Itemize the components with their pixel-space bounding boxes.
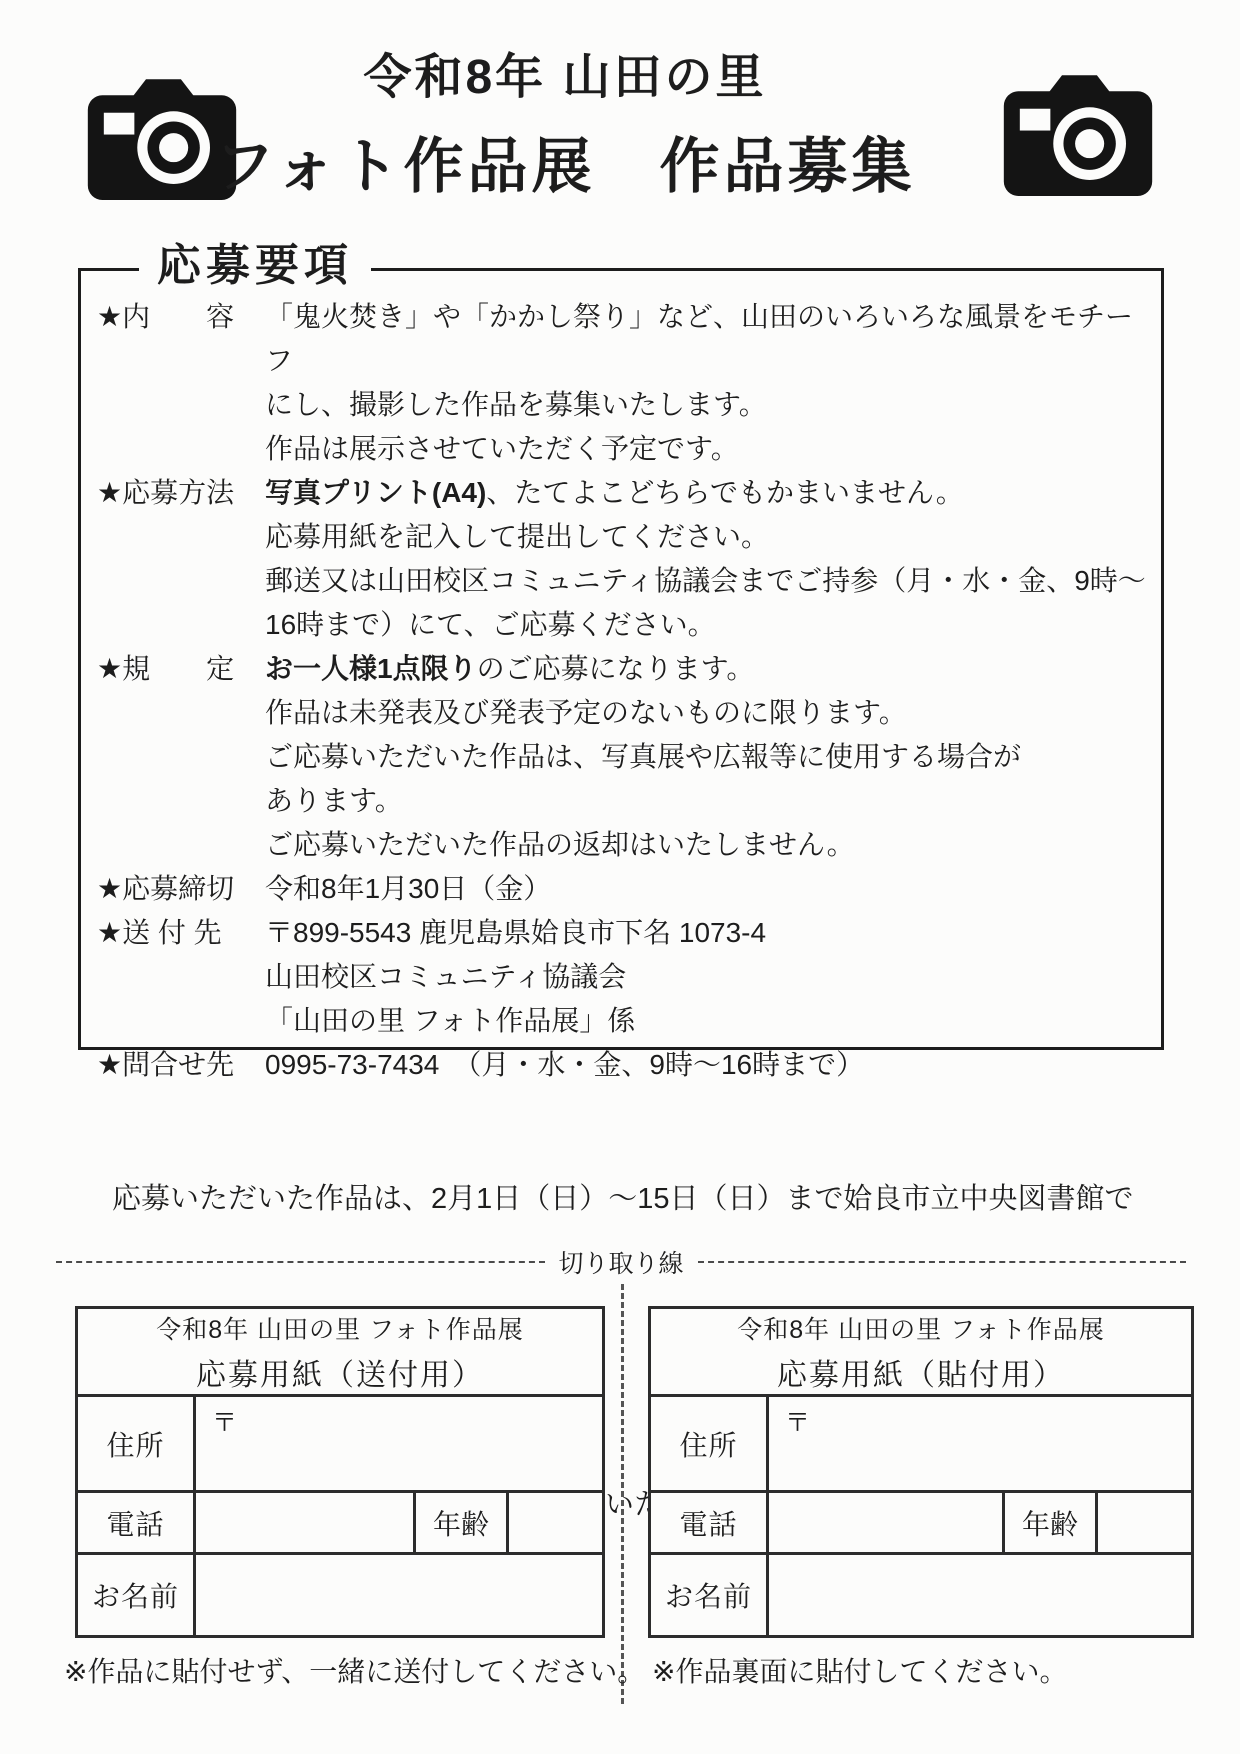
guideline-item-deadline: ★応募締切 令和8年1月30日（金） (97, 867, 1149, 911)
address-label: 住所 (651, 1397, 769, 1490)
guideline-line: ご応募いただいた作品の返却はいたしません。 (265, 823, 1149, 867)
guideline-line: 作品は展示させていただく予定です。 (265, 427, 1149, 471)
form-row-phone: 電話 年齢 (651, 1493, 1191, 1555)
guidelines-items: ★内 容 「鬼火焚き」や「かかし祭り」など、山田のいろいろな風景をモチーフ にし… (81, 271, 1161, 1087)
form-title: 令和8年 山田の里 フォト作品展 応募用紙（送付用） (78, 1309, 602, 1397)
guideline-line: 令和8年1月30日（金） (265, 867, 1149, 911)
phone-label: 電話 (651, 1493, 769, 1552)
address-field: 〒 (769, 1397, 1191, 1490)
guideline-item-method: ★応募方法 写真プリント(A4)、たてよこどちらでもかまいません。 応募用紙を記… (97, 471, 1149, 647)
form-title-line2: 応募用紙（送付用） (196, 1350, 484, 1394)
guideline-label: ★応募方法 (97, 471, 265, 515)
cut-line: 切り取り線 (56, 1244, 1186, 1280)
address-field: 〒 (196, 1397, 602, 1490)
name-label: お名前 (78, 1555, 196, 1635)
name-field (769, 1555, 1191, 1635)
guidelines-box: 応募要項 ★内 容 「鬼火焚き」や「かかし祭り」など、山田のいろいろな風景をモチ… (78, 268, 1164, 1050)
guideline-line: お一人様1点限りのご応募になります。 (265, 647, 1149, 691)
page-title: 令和8年 山田の里 フォト作品展 作品募集 (60, 38, 1070, 205)
guideline-item-rules: ★規 定 お一人様1点限りのご応募になります。 作品は未発表及び発表予定のないも… (97, 647, 1149, 867)
guideline-label: ★規 定 (97, 647, 265, 691)
guideline-line: あります。 (265, 779, 1149, 823)
scanned-flyer-page: 令和8年 山田の里 フォト作品展 作品募集 応募要項 ★内 容 「鬼火焚き」や「… (0, 0, 1240, 1754)
cut-line-dash (56, 1261, 545, 1263)
guidelines-title: 応募要項 (139, 237, 371, 294)
form-title-line1: 令和8年 山田の里 フォト作品展 (737, 1310, 1105, 1346)
form-row-name: お名前 (651, 1555, 1191, 1635)
page-title-line2: フォト作品展 作品募集 (60, 119, 1070, 205)
guideline-line: 16時まで）にて、ご応募ください。 (265, 603, 1149, 647)
vertical-cut-divider (621, 1284, 624, 1704)
guideline-label: ★送 付 先 (97, 911, 265, 955)
application-form-mailing: 令和8年 山田の里 フォト作品展 応募用紙（送付用） 住所 〒 電話 年齢 お名… (75, 1306, 605, 1638)
age-label: 年齢 (1002, 1493, 1098, 1552)
phone-field (196, 1493, 413, 1552)
postal-mark: 〒 (785, 1409, 810, 1437)
age-field (509, 1493, 602, 1552)
guideline-line: 〒899-5543 鹿児島県姶良市下名 1073-4 (265, 911, 1149, 955)
guideline-line: ご応募いただいた作品は、写真展や広報等に使用する場合が (265, 735, 1149, 779)
guideline-label: ★応募締切 (97, 867, 265, 911)
form-footnote-attach: ※作品裏面に貼付してください。 (652, 1650, 1067, 1690)
age-field (1098, 1493, 1191, 1552)
guideline-label: ★内 容 (97, 295, 265, 339)
address-label: 住所 (78, 1397, 196, 1490)
guideline-line: 応募用紙を記入して提出してください。 (265, 515, 1149, 559)
form-footnote-mailing: ※作品に貼付せず、一緒に送付してください。 (64, 1650, 645, 1690)
page-title-line1: 令和8年 山田の里 (60, 38, 1070, 107)
form-row-address: 住所 〒 (78, 1397, 602, 1493)
name-label: お名前 (651, 1555, 769, 1635)
form-row-address: 住所 〒 (651, 1397, 1191, 1493)
form-title-line2: 応募用紙（貼付用） (777, 1350, 1065, 1394)
form-row-name: お名前 (78, 1555, 602, 1635)
guideline-line: 山田校区コミュニティ協議会 (265, 955, 1149, 999)
guideline-line: 「鬼火焚き」や「かかし祭り」など、山田のいろいろな風景をモチーフ (265, 295, 1149, 383)
cut-line-dash (698, 1261, 1187, 1263)
name-field (196, 1555, 602, 1635)
guideline-item-mailing-address: ★送 付 先 〒899-5543 鹿児島県姶良市下名 1073-4 山田校区コミ… (97, 911, 1149, 1043)
guideline-line: 「山田の里 フォト作品展」係 (265, 999, 1149, 1043)
notes-line: 応募いただいた作品は、2月1日（日）～15日（日）まで姶良市立中央図書館で (112, 1174, 1134, 1225)
form-title-line1: 令和8年 山田の里 フォト作品展 (156, 1310, 524, 1346)
phone-field (769, 1493, 1002, 1552)
guideline-line: 写真プリント(A4)、たてよこどちらでもかまいません。 (265, 471, 1149, 515)
guideline-item-content: ★内 容 「鬼火焚き」や「かかし祭り」など、山田のいろいろな風景をモチーフ にし… (97, 295, 1149, 471)
form-title: 令和8年 山田の里 フォト作品展 応募用紙（貼付用） (651, 1309, 1191, 1397)
postal-mark: 〒 (212, 1409, 237, 1437)
guideline-line: にし、撮影した作品を募集いたします。 (265, 383, 1149, 427)
cut-line-label: 切り取り線 (559, 1244, 684, 1280)
form-row-phone: 電話 年齢 (78, 1493, 602, 1555)
phone-label: 電話 (78, 1493, 196, 1552)
guideline-line: 作品は未発表及び発表予定のないものに限ります。 (265, 691, 1149, 735)
application-form-attach: 令和8年 山田の里 フォト作品展 応募用紙（貼付用） 住所 〒 電話 年齢 お名… (648, 1306, 1194, 1638)
guideline-line: 郵送又は山田校区コミュニティ協議会までご持参（月・水・金、9時～ (265, 559, 1149, 603)
age-label: 年齢 (413, 1493, 509, 1552)
